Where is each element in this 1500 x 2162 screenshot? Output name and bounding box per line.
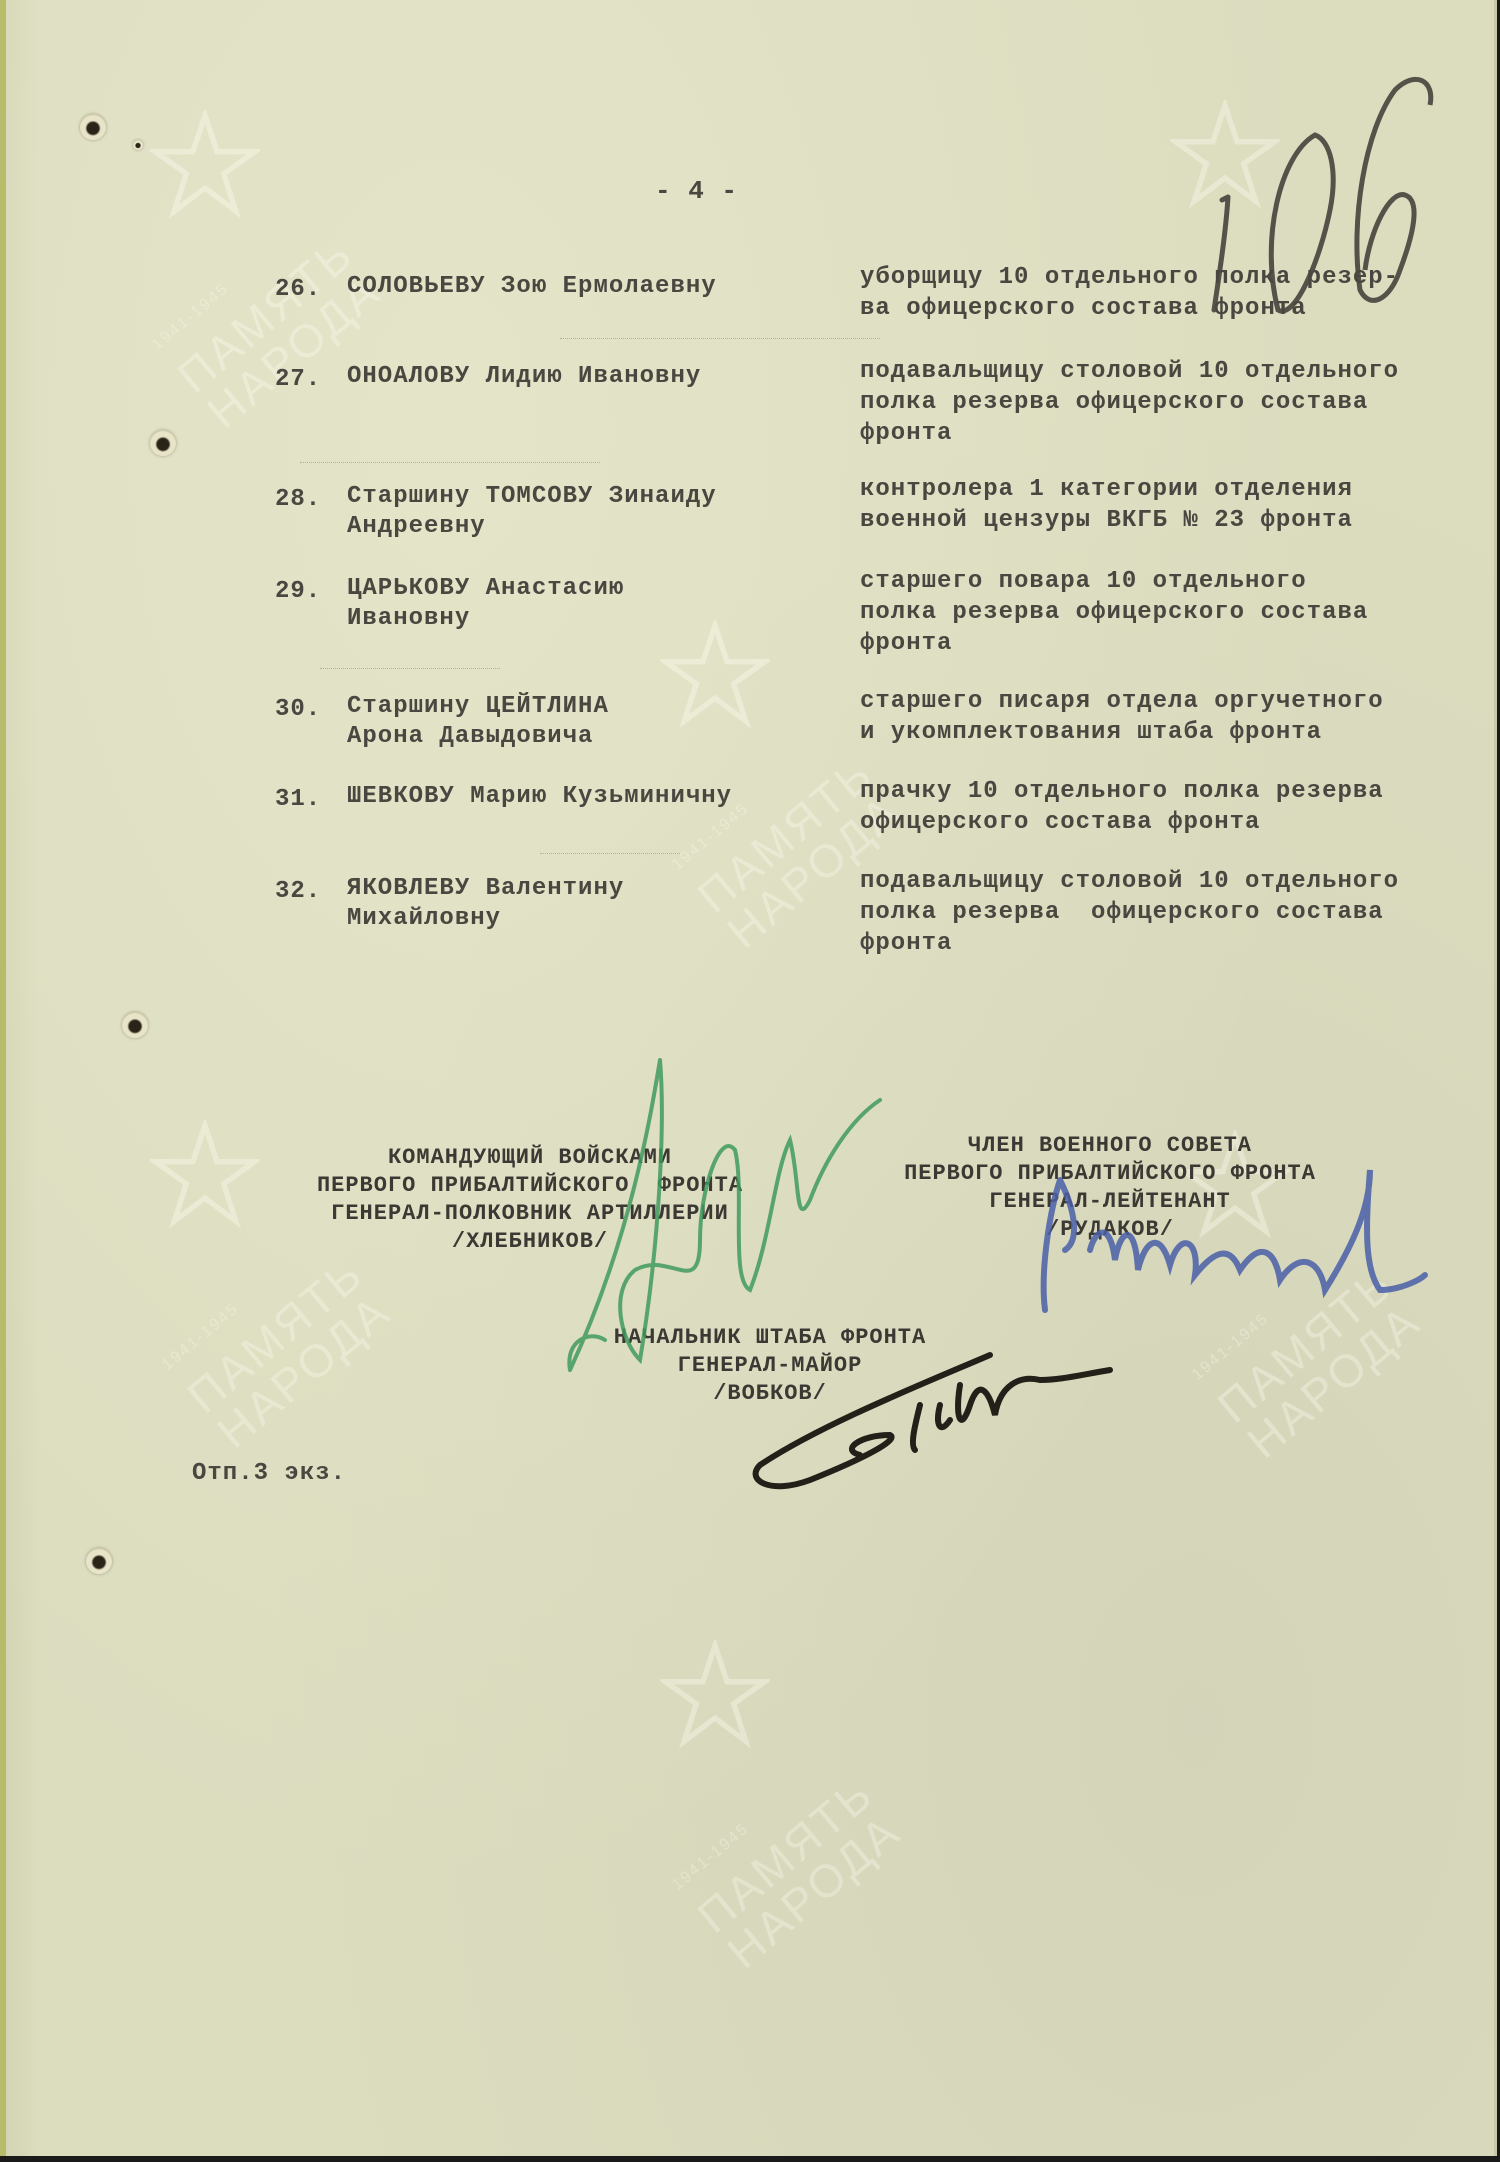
entry-role: прачку 10 отдельного полка резерва офице… [860, 776, 1500, 838]
punch-hole [80, 114, 106, 140]
star-icon [660, 620, 770, 730]
entry-number: 30. [275, 696, 321, 723]
page-number: - 4 - [655, 176, 738, 206]
star-icon [1170, 100, 1280, 210]
entry-number: 32. [275, 878, 321, 905]
entry-role: старшего повара 10 отдельного полка резе… [860, 566, 1500, 659]
punch-hole [122, 1012, 148, 1038]
entry-number: 28. [275, 486, 321, 513]
document-page: 1941-1945ПАМЯТЬНАРОДА 1941-1945ПАМЯТЬНАР… [0, 0, 1497, 2156]
entry-number: 29. [275, 578, 321, 605]
binding-edge [0, 0, 6, 2156]
entry-number: 31. [275, 786, 321, 813]
entry-role: контролера 1 категории отделения военной… [860, 474, 1500, 536]
star-icon [660, 1640, 770, 1750]
sheet-number-text: 106 [1200, 59, 1202, 61]
punch-hole [86, 1548, 112, 1574]
commander-signature-block: КОМАНДУЮЩИЙ ВОЙСКАМИ ПЕРВОГО ПРИБАЛТИЙСК… [220, 1144, 840, 1256]
entry-name: ЯКОВЛЕВУ Валентину Михайловну [347, 874, 624, 934]
entry-name: ЦАРЬКОВУ Анастасию Ивановну [347, 574, 624, 634]
punch-hole [133, 140, 143, 150]
chief-of-staff-signature-block: НАЧАЛЬНИК ШТАБА ФРОНТА ГЕНЕРАЛ-МАЙОР /ВО… [560, 1324, 980, 1408]
entry-number: 27. [275, 366, 321, 393]
entry-role: подавальщицу столовой 10 отдельного полк… [860, 356, 1500, 449]
entry-role: подавальщицу столовой 10 отдельного полк… [860, 866, 1500, 959]
star-icon [150, 110, 260, 220]
entry-role: старшего писаря отдела оргучетного и уко… [860, 686, 1500, 748]
entry-name: ОНОАЛОВУ Лидию Ивановну [347, 362, 701, 392]
punch-hole [150, 430, 176, 456]
entry-name: СОЛОВЬЕВУ Зою Ермолаевну [347, 272, 717, 302]
copies-note: Отп.3 экз. [192, 1460, 346, 1487]
entry-name: Старшину ТОМСОВУ Зинаиду Андреевну [347, 482, 717, 542]
entry-name: ШЕВКОВУ Марию Кузьминичну [347, 782, 732, 812]
entry-role: уборщицу 10 отдельного полка резер- ва о… [860, 262, 1500, 324]
entry-number: 26. [275, 276, 321, 303]
entry-name: Старшину ЦЕЙТЛИНА Арона Давыдовича [347, 692, 609, 752]
council-member-signature-block: ЧЛЕН ВОЕННОГО СОВЕТА ПЕРВОГО ПРИБАЛТИЙСК… [840, 1132, 1380, 1244]
